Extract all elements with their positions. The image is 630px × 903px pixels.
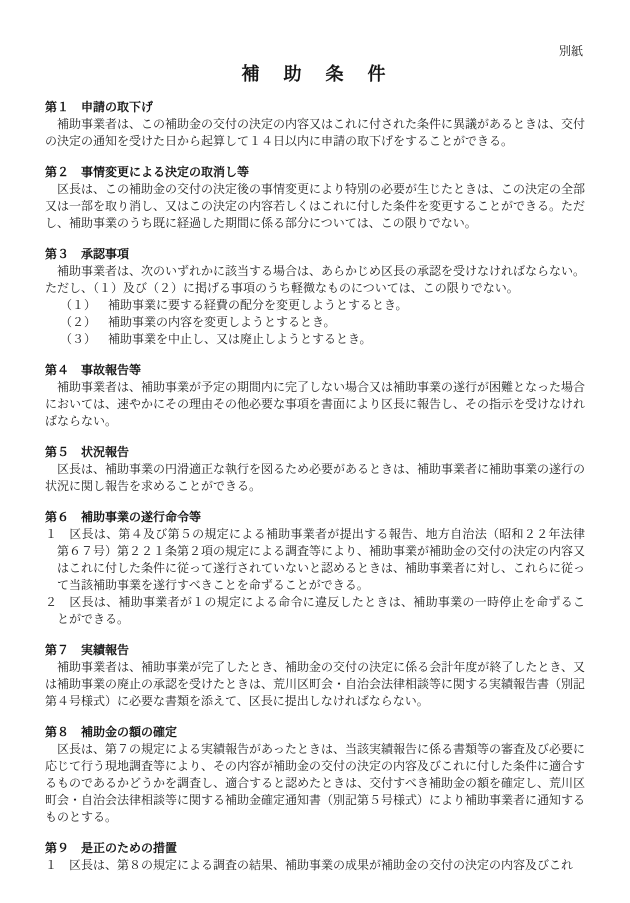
- item-text: 補助事業の内容を変更しようとするとき。: [108, 315, 336, 329]
- article-section: 第３ 承認事項補助事業者は、次のいずれかに該当する場合は、あらかじめ区長の承認を…: [45, 246, 585, 348]
- numbered-paragraph: ２区長は、補助事業者が１の規定による命令に違反したときは、補助事業の一時停止を命…: [45, 594, 585, 628]
- item-text: 区長は、補助事業者が１の規定による命令に違反したときは、補助事業の一時停止を命ず…: [57, 595, 585, 626]
- item-number: １: [45, 858, 57, 872]
- article-section: 第４ 事故報告等補助事業者は、補助事業が予定の期間内に完了しない場合又は補助事業…: [45, 362, 585, 430]
- document-body: 第１ 申請の取下げ補助事業者は、この補助金の交付の決定の内容又はこれに付された条…: [45, 99, 585, 874]
- article-paragraph: 補助事業者は、補助事業が完了したとき、補助金の交付の決定に係る会計年度が終了した…: [45, 659, 585, 710]
- article-paragraph: 区長は、この補助金の交付の決定後の事情変更により特別の必要が生じたときは、この決…: [45, 181, 585, 232]
- article-section: 第２ 事情変更による決定の取消し等区長は、この補助金の交付の決定後の事情変更によ…: [45, 164, 585, 232]
- item-number: （３）: [60, 332, 96, 346]
- sub-item: （２）補助事業の内容を変更しようとするとき。: [60, 314, 585, 331]
- item-text: 補助事業に要する経費の配分を変更しようとするとき。: [108, 298, 408, 312]
- article-heading: 第６ 補助事業の遂行命令等: [45, 509, 585, 526]
- article-heading: 第５ 状況報告: [45, 444, 585, 461]
- article-section: 第５ 状況報告区長は、補助事業の円滑適正な執行を図るため必要があるときは、補助事…: [45, 444, 585, 495]
- article-heading: 第８ 補助金の額の確定: [45, 724, 585, 741]
- item-number: １: [45, 527, 57, 541]
- document-title: 補 助 条 件: [0, 0, 630, 86]
- sub-item: （１）補助事業に要する経費の配分を変更しようとするとき。: [60, 297, 585, 314]
- item-number: （１）: [60, 298, 96, 312]
- numbered-paragraph: １区長は、第４及び第５の規定による補助事業者が提出する報告、地方自治法（昭和２２…: [45, 526, 585, 594]
- article-heading: 第２ 事情変更による決定の取消し等: [45, 164, 585, 181]
- article-heading: 第１ 申請の取下げ: [45, 99, 585, 116]
- article-heading: 第４ 事故報告等: [45, 362, 585, 379]
- attachment-label: 別紙: [559, 44, 583, 58]
- item-text: 区長は、第４及び第５の規定による補助事業者が提出する報告、地方自治法（昭和２２年…: [57, 527, 585, 592]
- article-section: 第６ 補助事業の遂行命令等１区長は、第４及び第５の規定による補助事業者が提出する…: [45, 509, 585, 628]
- article-paragraph: 区長は、第７の規定による実績報告があったときは、当該実績報告に係る書類等の審査及…: [45, 741, 585, 826]
- article-paragraph: 補助事業者は、補助事業が予定の期間内に完了しない場合又は補助事業の遂行が困難とな…: [45, 379, 585, 430]
- article-section: 第８ 補助金の額の確定区長は、第７の規定による実績報告があったときは、当該実績報…: [45, 724, 585, 826]
- article-heading: 第９ 是正のための措置: [45, 840, 585, 857]
- article-paragraph: 補助事業者は、次のいずれかに該当する場合は、あらかじめ区長の承認を受けなければな…: [45, 263, 585, 297]
- article-section: 第１ 申請の取下げ補助事業者は、この補助金の交付の決定の内容又はこれに付された条…: [45, 99, 585, 150]
- item-number: （２）: [60, 315, 96, 329]
- sub-item: （３）補助事業を中止し、又は廃止しようとするとき。: [60, 331, 585, 348]
- item-text: 区長は、第８の規定による調査の結果、補助事業の成果が補助金の交付の決定の内容及び…: [69, 858, 573, 872]
- article-section: 第９ 是正のための措置１区長は、第８の規定による調査の結果、補助事業の成果が補助…: [45, 840, 585, 874]
- document-page: 別紙 補 助 条 件 第１ 申請の取下げ補助事業者は、この補助金の交付の決定の内…: [0, 0, 630, 903]
- article-section: 第７ 実績報告補助事業者は、補助事業が完了したとき、補助金の交付の決定に係る会計…: [45, 642, 585, 710]
- article-heading: 第７ 実績報告: [45, 642, 585, 659]
- article-heading: 第３ 承認事項: [45, 246, 585, 263]
- article-paragraph: 区長は、補助事業の円滑適正な執行を図るため必要があるときは、補助事業者に補助事業…: [45, 461, 585, 495]
- item-number: ２: [45, 595, 57, 609]
- numbered-paragraph: １区長は、第８の規定による調査の結果、補助事業の成果が補助金の交付の決定の内容及…: [45, 857, 585, 874]
- item-text: 補助事業を中止し、又は廃止しようとするとき。: [108, 332, 372, 346]
- article-paragraph: 補助事業者は、この補助金の交付の決定の内容又はこれに付された条件に異議があるとき…: [45, 116, 585, 150]
